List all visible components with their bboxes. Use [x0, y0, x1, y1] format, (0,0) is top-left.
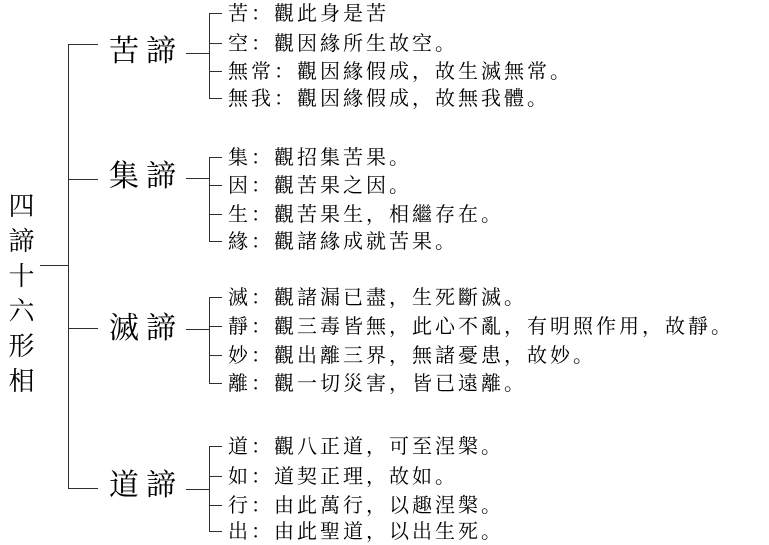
branch-2-tick-0: [209, 297, 222, 298]
branch-0-tick-2: [209, 71, 222, 72]
branch-1-tick-0: [209, 157, 222, 158]
branch-3-label: 道諦: [104, 467, 188, 505]
branch-2-leaf-3: 離：觀一切災害，皆已遠離。: [228, 371, 527, 395]
branch-1-label: 集諦: [104, 158, 188, 196]
branch-0-leaf-3: 無我：觀因緣假成，故無我體。: [228, 86, 550, 110]
branch-1-tick-1: [209, 185, 222, 186]
branch-2-subtrunk-line: [209, 297, 210, 383]
diagram-root-title: 四諦十六形相: [4, 192, 34, 402]
branch-2-leaf-1: 靜：觀三毒皆無，此心不亂，有明照作用，故靜。: [228, 314, 734, 338]
branch-1-leaf-3: 緣：觀諸緣成就苦果。: [228, 229, 458, 253]
branch-2-connector-line: [68, 328, 98, 329]
branch-1-connector-line: [68, 179, 98, 180]
trunk-line: [68, 44, 69, 489]
branch-0-connector-line: [68, 44, 98, 45]
branch-0-subtrunk-line: [209, 13, 210, 98]
branch-2-leaf-0: 滅：觀諸漏已盡，生死斷滅。: [228, 285, 527, 309]
branch-2-leaf-2: 妙：觀出離三界，無諸憂患，故妙。: [228, 343, 596, 367]
branch-3-leaf-0: 道：觀八正道，可至涅槃。: [228, 434, 504, 458]
four-noble-truths-diagram: 四諦十六形相 苦諦 苦：觀此身是苦 空：觀因緣所生故空。 無常：觀因緣假成，故生…: [0, 0, 769, 545]
branch-3-subtrunk-line: [209, 446, 210, 531]
branch-0-tick-0: [209, 13, 222, 14]
branch-0-leaf-0: 苦：觀此身是苦: [228, 1, 389, 25]
branch-2-label-connector-line: [186, 329, 209, 330]
branch-3-tick-3: [209, 531, 222, 532]
branch-1-tick-2: [209, 214, 222, 215]
branch-1-subtrunk-line: [209, 157, 210, 241]
branch-2-tick-2: [209, 355, 222, 356]
branch-3-label-connector-line: [186, 489, 209, 490]
root-connector-line: [40, 265, 68, 266]
branch-0-leaf-1: 空：觀因緣所生故空。: [228, 31, 458, 55]
branch-3-leaf-2: 行：由此萬行，以趣涅槃。: [228, 493, 504, 517]
branch-0-label: 苦諦: [104, 33, 188, 71]
branch-0-leaf-2: 無常：觀因緣假成，故生滅無常。: [228, 59, 573, 83]
branch-1-tick-3: [209, 241, 222, 242]
branch-0-tick-3: [209, 98, 222, 99]
branch-3-connector-line: [68, 488, 98, 489]
branch-3-leaf-1: 如：道契正理，故如。: [228, 464, 458, 488]
branch-0-tick-1: [209, 43, 222, 44]
branch-3-leaf-3: 出：由此聖道，以出生死。: [228, 519, 504, 543]
branch-2-tick-3: [209, 383, 222, 384]
branch-2-tick-1: [209, 326, 222, 327]
branch-2-label: 滅諦: [104, 310, 188, 348]
branch-3-tick-2: [209, 505, 222, 506]
branch-1-label-connector-line: [186, 178, 209, 179]
branch-1-leaf-1: 因：觀苦果之因。: [228, 173, 412, 197]
branch-1-leaf-0: 集：觀招集苦果。: [228, 145, 412, 169]
branch-0-label-connector-line: [186, 53, 209, 54]
branch-3-tick-0: [209, 446, 222, 447]
branch-1-leaf-2: 生：觀苦果生，相繼存在。: [228, 202, 504, 226]
branch-3-tick-1: [209, 476, 222, 477]
